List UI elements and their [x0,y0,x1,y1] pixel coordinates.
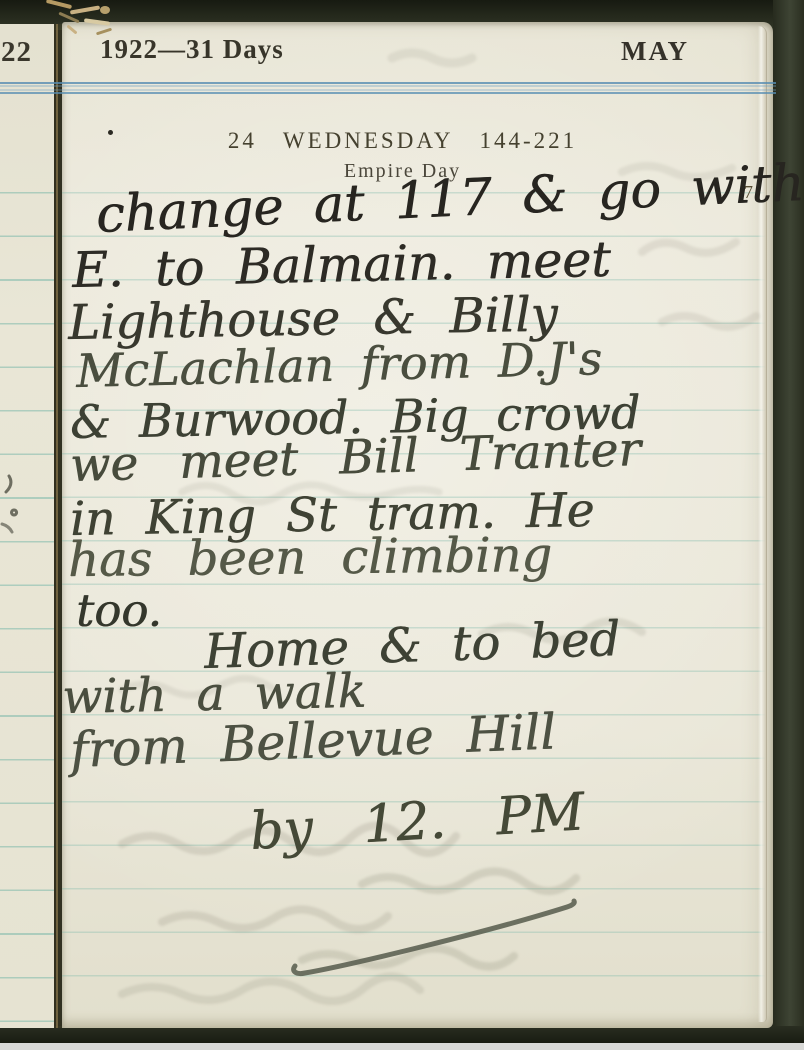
scanner-background [0,1043,804,1050]
handwritten-line: has been climbing [68,531,552,584]
previous-page-edge: 22 [0,24,54,1028]
diary-scan: 22 1922—31 Days MAY 24 WEDNE [0,0,804,1050]
diary-page: 1922—31 Days MAY 24 WEDNESDAY 144-221 Em… [62,22,773,1028]
ruled-lines [0,150,54,1028]
ink-speck [108,130,113,135]
date-day-range: 144-221 [479,128,577,154]
date-day: 24 [228,128,257,154]
handwritten-line: McLachlan from D.J's [75,335,602,394]
handwritten-line: too. [76,588,162,633]
date-weekday: WEDNESDAY [283,128,454,154]
printed-month: MAY [621,36,689,67]
book-cover-bottom-edge [0,1026,804,1043]
printed-year-days: 1922—31 Days [100,34,284,65]
previous-page-year-fragment: 22 [1,36,32,69]
printed-date-line: 24 WEDNESDAY 144-221 [62,128,743,154]
